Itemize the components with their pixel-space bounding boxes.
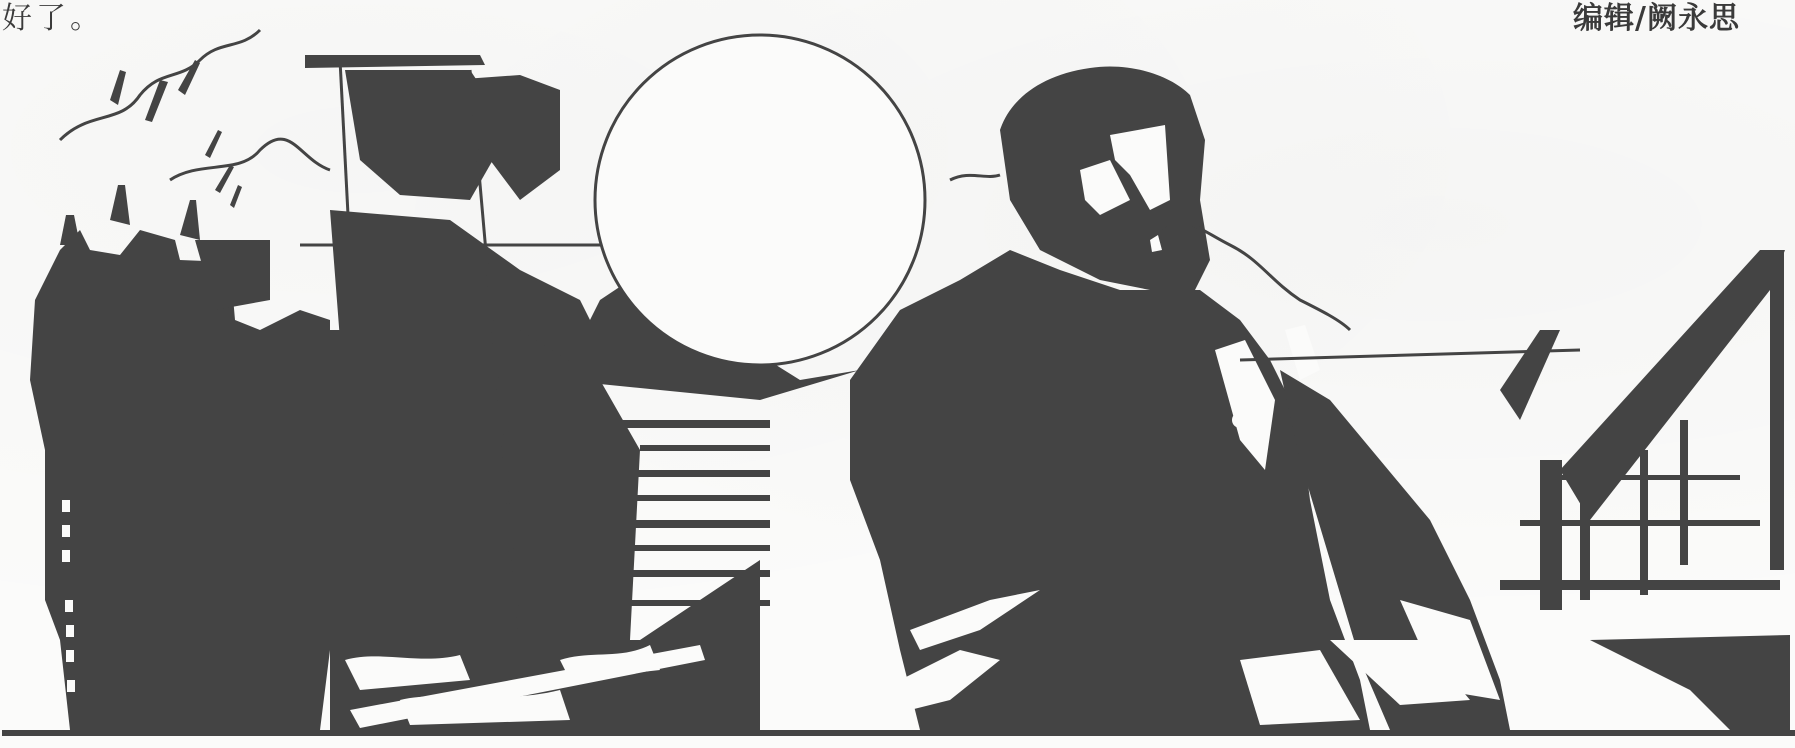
woodcut-illustration	[0, 0, 1795, 748]
man-figure	[850, 67, 1510, 730]
bottom-rule	[2, 730, 1795, 736]
moon-circle	[560, 35, 925, 400]
magazine-page: 好了。 编辑/阙永思	[0, 0, 1795, 748]
